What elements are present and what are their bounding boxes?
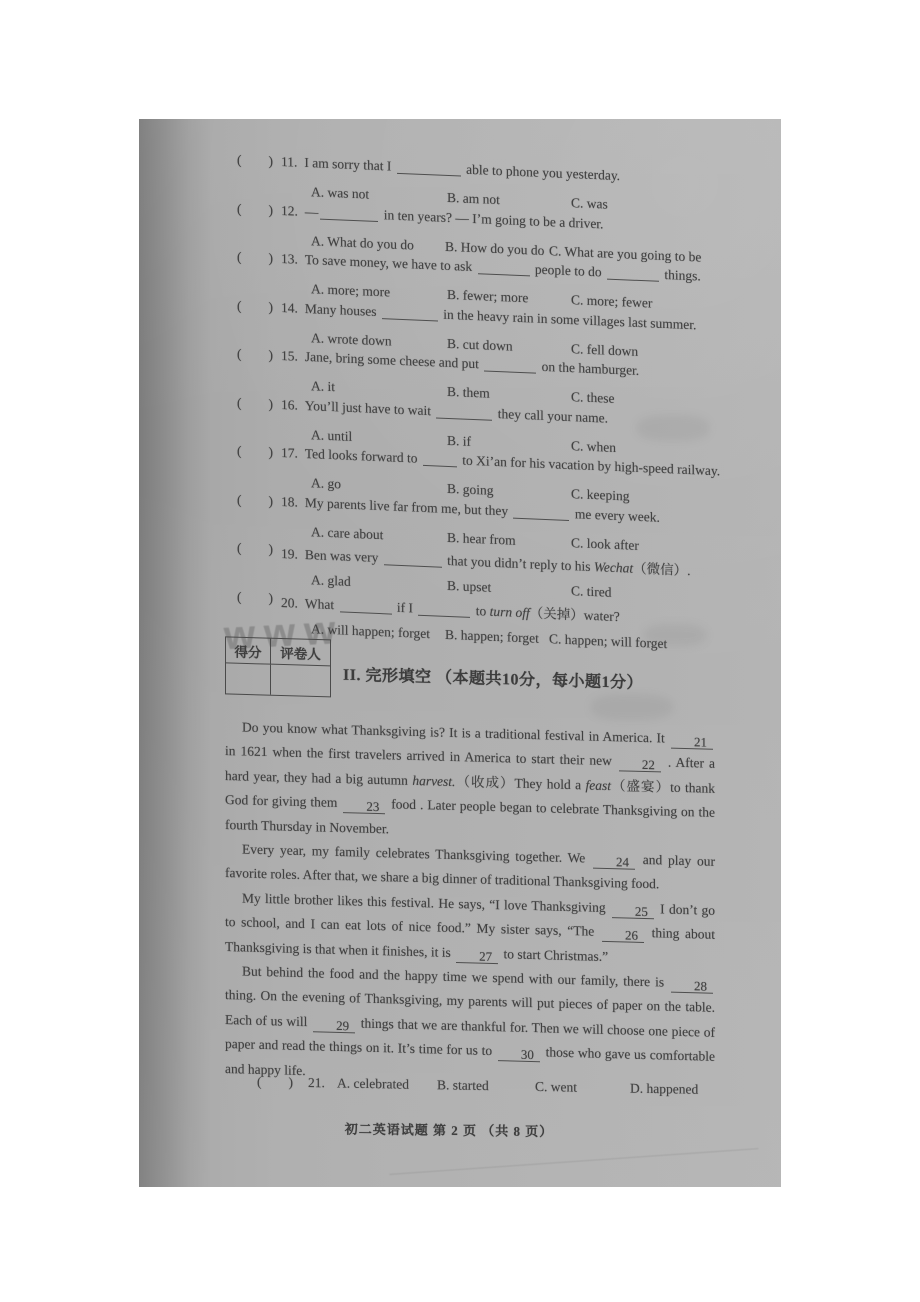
option-d: D. happened [630, 1081, 698, 1098]
blank-number: 24 [593, 854, 635, 870]
blank-line [513, 503, 569, 520]
blank-line: 26 [602, 927, 644, 943]
option-c: C. fell down [571, 341, 638, 360]
blank-line: 21 [671, 734, 713, 750]
passage-paragraph: But behind the food and the happy time w… [225, 959, 715, 1094]
question-number: 21. [308, 1075, 325, 1090]
blank-number: 27 [456, 948, 498, 964]
blank-line: 24 [593, 854, 635, 870]
bracket-gap [242, 164, 269, 165]
grader-cell-empty [271, 665, 330, 697]
option-c: C. tired [571, 583, 612, 601]
answer-bracket: () [237, 540, 273, 558]
bracket-open: ( [237, 298, 242, 313]
bracket-close: ) [269, 153, 274, 168]
bracket-close: ) [269, 250, 274, 265]
page-crease [389, 1148, 758, 1175]
blank-number: 25 [612, 903, 654, 919]
option-a: A. was not [311, 184, 369, 202]
option-b: B. if [447, 432, 471, 449]
blank-line: 30 [498, 1046, 540, 1062]
italic-text: turn off [490, 603, 530, 620]
option-a: A. glad [311, 572, 351, 590]
italic-text: harvest. [412, 773, 455, 789]
passage-paragraph: Do you know what Thanksgiving is? It is … [225, 715, 715, 850]
option-b: B. hear from [447, 529, 516, 548]
option-b: B. fewer; more [447, 287, 528, 306]
blank-line [397, 159, 461, 177]
question-number-line: 21. [308, 1075, 332, 1091]
bracket-open: ( [237, 249, 242, 264]
option-a: A. more; more [311, 281, 390, 300]
option-a: A. care about [311, 524, 383, 543]
blank-line [384, 550, 442, 567]
answer-bracket: () [237, 346, 273, 364]
page-footer: 初二英语试题 第 2 页 （共 8 页） [139, 1116, 781, 1144]
text-segment: Many houses [305, 300, 380, 318]
question-number: 19. [281, 546, 298, 562]
bracket-open: ( [237, 443, 242, 458]
question-number: 18. [281, 493, 298, 509]
bracket-close: ) [289, 1075, 294, 1090]
bracket-close: ) [269, 541, 274, 556]
bracket-close: ) [269, 396, 274, 411]
scanned-exam-page: www ()11.I am sorry that I able to phone… [139, 119, 781, 1187]
bracket-open: ( [237, 395, 242, 410]
question-number: 16. [281, 396, 298, 412]
option-b: B. am not [447, 190, 500, 208]
option-a: A. it [311, 378, 335, 395]
option-c: C. What are you going to be [549, 243, 701, 265]
grader-label: 评卷人 [271, 639, 330, 667]
italic-text: Wechat [594, 559, 633, 576]
bracket-close: ) [269, 493, 274, 508]
bracket-gap [242, 504, 269, 505]
bracket-gap [242, 455, 269, 456]
bracket-gap [242, 213, 269, 214]
bracket-open: ( [237, 589, 242, 604]
text-segment: I am sorry that I [304, 155, 394, 174]
option-a: A. until [311, 427, 352, 445]
blank-number: 21 [671, 734, 713, 750]
footer-text: 初二英语试题 第 2 页 （共 8 页） [345, 1122, 554, 1140]
blank-number: 28 [671, 978, 713, 994]
option-a: A. celebrated [337, 1075, 409, 1092]
blank-line [340, 597, 392, 614]
option-c: C. more; fewer [571, 292, 652, 311]
question-number: 15. [281, 348, 298, 364]
answer-bracket: () [237, 249, 273, 267]
blank-line: 28 [671, 978, 713, 994]
text-segment: things. [661, 267, 701, 284]
blank-number: 30 [498, 1046, 540, 1062]
bracket-gap [242, 552, 269, 553]
text-segment: My little brother likes this festival. H… [242, 890, 610, 915]
answer-bracket: () [237, 395, 273, 413]
text-segment: to [472, 602, 489, 618]
answer-bracket: () [237, 589, 273, 607]
text-segment: Ben was very [305, 547, 382, 565]
question-number: 14. [281, 299, 298, 315]
option-b: B. going [447, 481, 494, 499]
blank-line [607, 265, 659, 282]
bracket-gap [242, 601, 269, 602]
option-a: A. go [311, 475, 341, 492]
text-segment: that you didn’t reply to his [444, 553, 594, 574]
option-a: A. wrote down [311, 330, 392, 349]
option-b: B. started [437, 1077, 489, 1094]
bracket-open: ( [237, 346, 242, 361]
blank-number: 26 [602, 927, 644, 943]
blank-line: 25 [612, 903, 654, 919]
bracket-open: ( [237, 540, 242, 555]
blank-line: 22 [619, 757, 661, 773]
score-table: 得分 评卷人 [225, 636, 331, 697]
blank-number: 29 [313, 1017, 355, 1033]
bracket-open: ( [237, 201, 242, 216]
bracket-open: ( [237, 492, 242, 507]
question-number: 12. [281, 202, 298, 218]
blank-line [484, 356, 536, 373]
blank-line [478, 259, 530, 276]
question-line: 11.I am sorry that I able to phone you y… [281, 154, 620, 184]
question-number: 17. [281, 445, 298, 461]
bracket-open: ( [237, 152, 242, 167]
option-a: A. What do you do [311, 233, 414, 253]
text-segment: in 1621 when the first travelers arrived… [225, 743, 617, 768]
text-segment: Every year, my family celebrates Thanksg… [242, 841, 591, 865]
blank-line [320, 204, 378, 221]
section-heading: II. 完形填空 （本题共10分，每小题1分） [343, 662, 643, 693]
option-c: C. went [535, 1079, 577, 1096]
text-segment: able to phone you yesterday. [463, 162, 620, 184]
bracket-gap [242, 261, 269, 262]
answer-bracket: () [237, 492, 273, 510]
bracket-gap [242, 358, 269, 359]
option-b: B. cut down [447, 335, 513, 354]
text-segment: people to do [532, 261, 606, 279]
text-segment: to start Christmas.” [500, 946, 608, 964]
blank-number: 23 [343, 798, 385, 814]
score-label: 得分 [226, 637, 271, 664]
answer-bracket: () [237, 298, 273, 316]
question-number: 11. [281, 154, 297, 170]
bracket-close: ) [269, 347, 274, 362]
text-segment: if I [394, 599, 417, 615]
bracket-gap [242, 407, 269, 408]
text-segment: （微信）. [633, 561, 690, 578]
blank-line: 29 [313, 1017, 355, 1033]
text-segment: me every week. [571, 506, 659, 525]
answer-bracket: () [237, 443, 273, 461]
text-segment: （关掉）water? [530, 605, 620, 624]
answer-bracket: () [237, 201, 273, 219]
text-segment: — [305, 203, 319, 219]
blank-line: 23 [343, 798, 385, 814]
bracket-close: ) [269, 299, 274, 314]
cloze-passage: Do you know what Thanksgiving is? It is … [225, 715, 715, 1094]
blank-line [436, 403, 492, 420]
option-c: C. keeping [571, 486, 630, 504]
blank-number: 22 [619, 757, 661, 773]
option-c: C. these [571, 389, 615, 407]
answer-bracket: () [237, 152, 273, 170]
option-c: C. when [571, 438, 616, 456]
text-segment: What [305, 595, 338, 611]
option-b: B. How do you do [445, 238, 544, 258]
blank-line [423, 451, 457, 467]
blank-line: 27 [456, 948, 498, 964]
option-c: C. was [571, 195, 608, 213]
text-segment: （收成）They hold a [455, 774, 585, 792]
text-segment: on the hamburger. [538, 359, 639, 378]
bracket-open: ( [257, 1074, 262, 1089]
bracket-close: ) [269, 590, 274, 605]
question-number: 13. [281, 251, 298, 267]
blank-line [418, 600, 470, 617]
option-b: B. them [447, 384, 490, 402]
answer-bracket: () [257, 1074, 293, 1091]
bracket-close: ) [269, 202, 274, 217]
multiple-choice-questions: ()11.I am sorry that I able to phone you… [139, 148, 781, 660]
option-c: C. look after [571, 535, 639, 554]
italic-text: feast [585, 777, 611, 793]
option-b: B. upset [447, 578, 491, 596]
passage-paragraph: My little brother likes this festival. H… [225, 886, 715, 972]
score-cell-empty [226, 663, 271, 694]
bracket-gap [242, 310, 269, 311]
blank-line [382, 304, 438, 321]
bracket-close: ) [269, 444, 274, 459]
question-number: 20. [281, 594, 298, 610]
